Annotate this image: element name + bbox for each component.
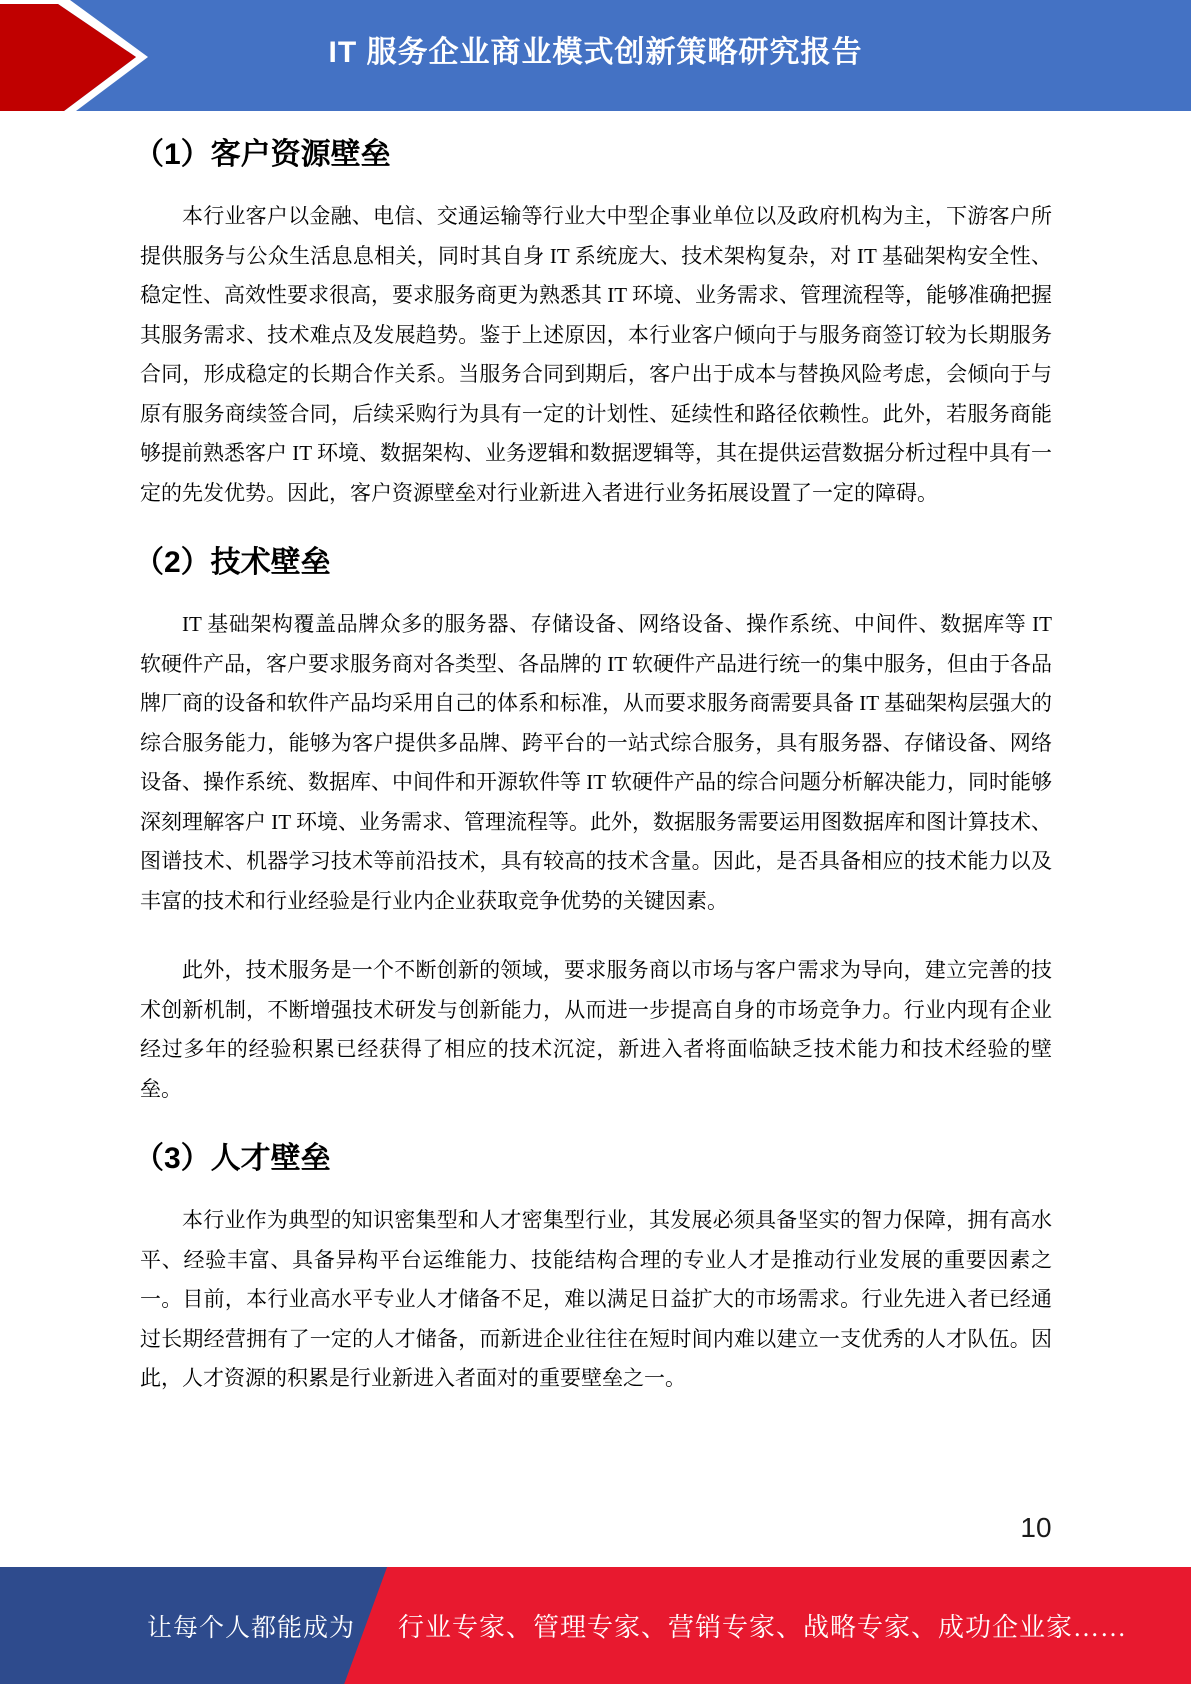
report-page: IT 服务企业商业模式创新策略研究报告 （1）客户资源壁垒 本行业客户以金融、电… [0, 0, 1191, 1684]
section-heading-talent-barrier: （3）人才壁垒 [134, 1139, 1052, 1179]
footer-slogan-right: 行业专家、管理专家、营销专家、战略专家、成功企业家…… [398, 1567, 1127, 1684]
section-heading-technology-barrier: （2）技术壁垒 [134, 543, 1052, 583]
section-heading-customer-resource-barrier: （1）客户资源壁垒 [134, 135, 1052, 175]
page-body: （1）客户资源壁垒 本行业客户以金融、电信、交通运输等行业大中型企事业单位以及政… [140, 111, 1052, 1429]
paragraph: 此外，技术服务是一个不断创新的领域，要求服务商以市场与客户需求为导向，建立完善的… [140, 951, 1052, 1109]
paragraph: 本行业作为典型的知识密集型和人才密集型行业，其发展必须具备坚实的智力保障，拥有高… [140, 1201, 1052, 1399]
page-number: 10 [1012, 1512, 1060, 1544]
report-title: IT 服务企业商业模式创新策略研究报告 [0, 0, 1191, 111]
paragraph: IT 基础架构覆盖品牌众多的服务器、存储设备、网络设备、操作系统、中间件、数据库… [140, 605, 1052, 921]
paragraph: 本行业客户以金融、电信、交通运输等行业大中型企事业单位以及政府机构为主，下游客户… [140, 197, 1052, 513]
page-header: IT 服务企业商业模式创新策略研究报告 [0, 0, 1191, 111]
footer-slogan-left: 让每个人都能成为 [147, 1567, 355, 1684]
page-footer: 让每个人都能成为 行业专家、管理专家、营销专家、战略专家、成功企业家…… [0, 1567, 1191, 1684]
